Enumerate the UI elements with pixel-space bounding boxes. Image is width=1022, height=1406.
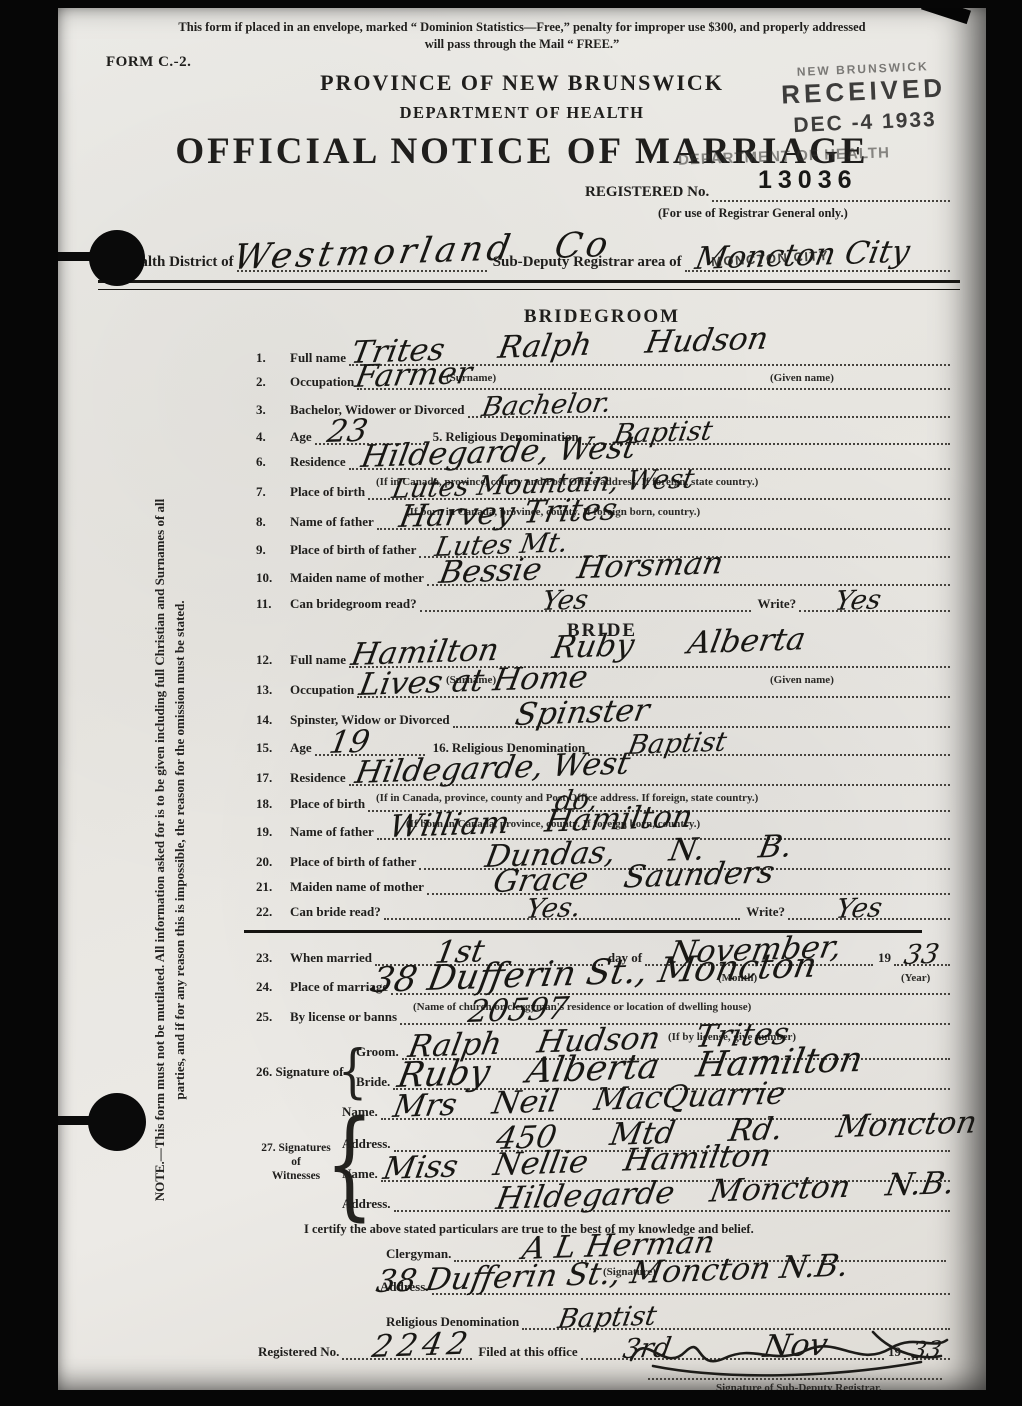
bride-write-value: Yes — [834, 896, 884, 922]
registered-number-label: REGISTERED No. — [585, 183, 712, 202]
received-date-stamp: NEW BRUNSWICK RECEIVED DEC -4 1933 — [747, 57, 982, 140]
field-bride-literacy: 22. Can bride read? Yes. Write? Yes — [256, 900, 950, 920]
field-number: 21. — [256, 879, 290, 895]
field-number: 23. — [256, 950, 290, 966]
field-number: 6. — [256, 454, 290, 470]
side-note-vertical: NOTE.—This form must not be mutilated. A… — [150, 480, 194, 1220]
field-label: Signature of — [276, 1064, 344, 1079]
groom-read-value: Yes — [540, 588, 590, 614]
field-number: 24. — [256, 979, 290, 995]
bride-religion-value: Baptist — [626, 730, 728, 758]
clergyman-address-line: 38 Dufferin St., Moncton N.B. — [432, 1273, 950, 1295]
health-district-row: Health District of Westmorland Co Sub-De… — [122, 246, 950, 272]
bride-age-value: 19 — [327, 729, 372, 758]
bride-signature-label: Bride. — [356, 1074, 393, 1090]
field-label: By license or banns — [290, 1009, 400, 1025]
field-number: 8. — [256, 514, 290, 530]
field-label: Place of birth — [290, 796, 368, 812]
groom-write-line: Yes — [799, 590, 950, 612]
bride-religion-line: Baptist — [588, 734, 950, 756]
field-label: Maiden name of mother — [290, 879, 427, 895]
field-line: Hildegarde, West — [349, 764, 950, 786]
filed-registered-value: 2242 — [370, 1331, 475, 1362]
field-label: Place of birth — [290, 484, 368, 500]
filed-label: Filed at this office — [472, 1344, 580, 1360]
groom-occupation-value: Farmer — [353, 360, 474, 392]
groom-signature-label: Groom. — [356, 1044, 402, 1060]
field-number: 12. — [256, 652, 290, 668]
field-label: Occupation — [290, 682, 357, 698]
side-note-line2: parties, and if for any reason this is i… — [170, 480, 190, 1220]
bride-occupation-value: Lives at Home — [357, 664, 590, 700]
clergyman-address-row: Address. 38 Dufferin St., Moncton N.B. — [380, 1275, 950, 1295]
field-number: 25. — [256, 1009, 290, 1025]
witness-name-label: Name. — [342, 1166, 381, 1182]
side-note-line1: NOTE.—This form must not be mutilated. A… — [150, 480, 170, 1220]
groom-father-value: Harvey Trites — [397, 497, 619, 532]
groom-marital-value: Bachelor. — [480, 391, 613, 420]
field-label: Can bridegroom read? — [290, 596, 420, 612]
field-line: 38 Dufferin St., Moncton — [391, 973, 950, 995]
field-label: Age — [290, 429, 315, 445]
form-code: FORM C.-2. — [106, 54, 191, 71]
witness2-address-line: Hildegarde Moncton N.B. — [394, 1190, 950, 1212]
license-number-value: 20597 — [466, 996, 570, 1027]
field-line: Spinster — [453, 706, 950, 728]
write-label: Write? — [740, 904, 788, 920]
field-number: 11. — [256, 596, 290, 612]
bride-marital-value: Spinster — [513, 698, 651, 730]
health-district-line: Westmorland Co — [237, 244, 487, 272]
field-number: 2. — [256, 374, 290, 390]
married-year-value: 33 — [902, 943, 941, 968]
field-place-of-marriage: 24. Place of marriage 38 Dufferin St., M… — [256, 975, 950, 995]
filed-registered-line: 2242 — [342, 1338, 472, 1360]
witness-name-label: Name. — [342, 1104, 381, 1120]
field-line: Bessie Horsman — [427, 564, 950, 586]
registered-number-row: REGISTERED No. — [585, 182, 950, 202]
field-number: 18. — [256, 796, 290, 812]
field-label: When married — [290, 950, 375, 966]
bride-read-value: Yes. — [524, 896, 583, 922]
registrar-signature-rule — [648, 1358, 942, 1380]
punch-hole-bar — [58, 1116, 118, 1125]
field-label: Name of father — [290, 514, 377, 530]
field-number: 7. — [256, 484, 290, 500]
field-label: Residence — [290, 770, 349, 786]
registered-number-line — [712, 180, 950, 202]
registrar-signature-note: Signature of Sub-Deputy Registrar. — [716, 1382, 882, 1390]
mail-instructions-line1: This form if placed in an envelope, mark… — [58, 20, 986, 36]
mail-instructions-line2: will pass through the Mail “ FREE.” — [58, 37, 986, 53]
field-bride-mother: 21. Maiden name of mother Grace Saunders — [256, 875, 950, 895]
field-number: 20. — [256, 854, 290, 870]
couple-signature-label: 26. Signature of — [256, 1064, 347, 1080]
field-line: Farmer — [357, 368, 950, 390]
registrar-use-note: (For use of Registrar General only.) — [658, 206, 848, 222]
field-number: 15. — [256, 740, 290, 756]
field-line: Grace Saunders — [427, 873, 950, 895]
bride-residence-value: Hildegarde, West — [353, 751, 632, 788]
bridegroom-heading: BRIDEGROOM — [58, 306, 986, 328]
field-label: Name of father — [290, 824, 377, 840]
field-label: Full name — [290, 652, 349, 668]
registrar-signature-line — [648, 1360, 942, 1380]
field-number: 19. — [256, 824, 290, 840]
field-label: Full name — [290, 350, 349, 366]
field-label: Can bride read? — [290, 904, 384, 920]
field-bride-full-name: 12. Full name Hamilton Ruby Alberta — [256, 648, 950, 668]
groom-read-line: Yes — [420, 590, 752, 612]
field-number: 4. — [256, 429, 290, 445]
groom-age-value: 23 — [325, 418, 370, 447]
field-label: Age — [290, 740, 315, 756]
field-groom-mother: 10. Maiden name of mother Bessie Horsman — [256, 566, 950, 586]
married-year-line: 33 — [894, 944, 950, 966]
header-rule — [98, 280, 960, 290]
field-label: Maiden name of mother — [290, 570, 427, 586]
field-label: Bachelor, Widower or Divorced — [290, 402, 468, 418]
witness2-address-row: Address. Hildegarde Moncton N.B. — [342, 1192, 950, 1212]
field-bride-residence: 17. Residence Hildegarde, West — [256, 766, 950, 786]
field-number: 1. — [256, 350, 290, 366]
bride-mother-value: Grace Saunders — [491, 859, 776, 897]
groom-write-value: Yes — [833, 588, 883, 614]
sub-deputy-area-line: Moncton City MONCTON CITY — [685, 244, 950, 272]
marriage-form-paper: This form if placed in an envelope, mark… — [58, 8, 986, 1390]
year-prefix: 19 — [873, 950, 894, 966]
field-number: 9. — [256, 542, 290, 558]
clergyman-label: Clergyman. — [386, 1246, 454, 1262]
field-groom-father: 8. Name of father Harvey Trites — [256, 510, 950, 530]
punch-hole-bar — [58, 252, 118, 261]
field-line: Lives at Home — [357, 676, 950, 698]
field-number: 13. — [256, 682, 290, 698]
scanned-document-page: { "colors": {"paper":"#e9e6e1","ink":"#1… — [0, 0, 1022, 1406]
field-number: 22. — [256, 904, 290, 920]
filed-registered-label: Registered No. — [258, 1344, 342, 1360]
field-label: Place of birth of father — [290, 854, 419, 870]
field-number: 10. — [256, 570, 290, 586]
field-line: Bachelor. — [468, 396, 950, 418]
groom-mother-value: Bessie Horsman — [437, 550, 725, 588]
field-number: 3. — [256, 402, 290, 418]
field-number: 26. — [256, 1064, 272, 1079]
field-number: 17. — [256, 770, 290, 786]
field-label: Occupation — [290, 374, 357, 390]
field-label: Residence — [290, 454, 349, 470]
field-label: Place of birth of father — [290, 542, 419, 558]
bride-read-line: Yes. — [384, 898, 740, 920]
bride-write-line: Yes — [788, 898, 950, 920]
write-label: Write? — [751, 596, 799, 612]
field-line: Harvey Trites — [377, 508, 950, 530]
witness-address-label: Address. — [342, 1136, 394, 1152]
field-groom-literacy: 11. Can bridegroom read? Yes Write? Yes — [256, 592, 950, 612]
field-number: 14. — [256, 712, 290, 728]
witness-address-label: Address. — [342, 1196, 394, 1212]
